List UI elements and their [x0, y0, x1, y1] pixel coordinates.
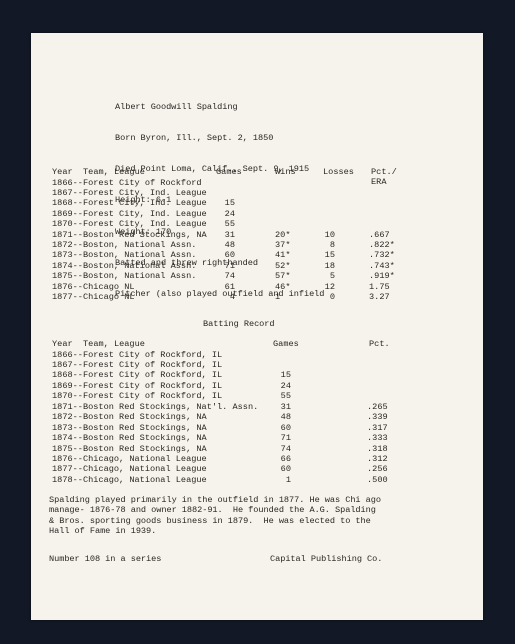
games: 55: [211, 219, 235, 229]
pct: .318: [367, 444, 388, 454]
pct: .500: [367, 475, 388, 485]
batting-row: 1871--Boston Red Stockings, Nat'l. Assn.…: [31, 402, 483, 412]
pct: .317: [367, 423, 388, 433]
team-season: 1870--Forest City of Rockford, IL: [52, 391, 222, 401]
pitching-row: 1867--Forest City, Ind. League: [31, 188, 483, 198]
wins: 20*: [275, 230, 290, 240]
pct-era: .919*: [369, 271, 395, 281]
pct: .339: [367, 412, 388, 422]
series-number: Number 108 in a series: [49, 554, 161, 564]
batting-row: 1866--Forest City of Rockford, IL: [31, 350, 483, 360]
team-season: 1867--Forest City, Ind. League: [52, 188, 207, 198]
games: 60: [267, 423, 291, 433]
player-name: Albert Goodwill Spalding: [115, 102, 324, 112]
losses: 12: [317, 282, 335, 292]
games: 15: [267, 370, 291, 380]
pitching-row: 1876--Chicago NL 61 46* 12 1.75: [31, 282, 483, 292]
pitching-row: 1874--Boston, National Assn. 71 52* 18 .…: [31, 261, 483, 271]
team-season: 1869--Forest City of Rockford, IL: [52, 381, 222, 391]
pitching-row: 1872--Boston, National Assn. 48 37* 8 .8…: [31, 240, 483, 250]
batting-header: Year Team, League Games Pct.: [31, 339, 483, 349]
team-season: 1871--Boston Red Stockings, Nat'l. Assn.: [52, 402, 258, 412]
batting-row: 1878--Chicago, National League 1 .500: [31, 475, 483, 485]
team-season: 1877--Chicago, National League: [52, 464, 207, 474]
team-season: 1874--Boston, National Assn.: [52, 261, 196, 271]
games: 31: [267, 402, 291, 412]
batting-title: Batting Record: [203, 319, 275, 329]
header-year: Year: [52, 167, 73, 177]
team-season: 1867--Forest City of Rockford, IL: [52, 360, 222, 370]
pct-era: 1.75: [369, 282, 390, 292]
notes-line: Spalding played primarily in the outfiel…: [49, 495, 469, 505]
batting-row: 1872--Boston Red Stockings, NA 48 .339: [31, 412, 483, 422]
games: 71: [267, 433, 291, 443]
games: 71: [211, 261, 235, 271]
wins: 41*: [275, 250, 290, 260]
wins: 37*: [275, 240, 290, 250]
games: 60: [267, 464, 291, 474]
games: 4: [211, 292, 235, 302]
team-season: 1875--Boston Red Stockings, NA: [52, 444, 207, 454]
batting-row: 1873--Boston Red Stockings, NA 60 .317: [31, 423, 483, 433]
wins: 57*: [275, 271, 290, 281]
losses: 15: [317, 250, 335, 260]
games: 24: [267, 381, 291, 391]
losses: 10: [317, 230, 335, 240]
team-season: 1871--Boston Red Stockings, NA: [52, 230, 207, 240]
pitching-row: 1869--Forest City, Ind. League 24: [31, 209, 483, 219]
pct-era: .667: [369, 230, 390, 240]
notes-line: manage- 1876-78 and owner 1882-91. He fo…: [49, 505, 469, 515]
team-season: 1868--Forest City, Ind. League: [52, 198, 207, 208]
games: 1: [267, 475, 291, 485]
header-losses: Losses: [323, 167, 354, 177]
batting-row: 1868--Forest City of Rockford, IL 15: [31, 370, 483, 380]
birth-info: Born Byron, Ill., Sept. 2, 1850: [115, 133, 324, 143]
losses: 8: [317, 240, 335, 250]
batting-row: 1867--Forest City of Rockford, IL: [31, 360, 483, 370]
team-season: 1873--Boston Red Stockings, NA: [52, 423, 207, 433]
batting-row: 1875--Boston Red Stockings, NA 74 .318: [31, 444, 483, 454]
games: 66: [267, 454, 291, 464]
team-season: 1873--Boston, National Assn.: [52, 250, 196, 260]
team-season: 1868--Forest City of Rockford, IL: [52, 370, 222, 380]
batting-row: 1877--Chicago, National League 60 .256: [31, 464, 483, 474]
games: 61: [211, 282, 235, 292]
notes-line: & Bros. sporting goods business in 1879.…: [49, 516, 469, 526]
games: 74: [267, 444, 291, 454]
games: 55: [267, 391, 291, 401]
team-season: 1875--Boston, National Assn.: [52, 271, 196, 281]
pct-era: 3.27: [369, 292, 390, 302]
notes-line: Hall of Fame in 1939.: [49, 526, 469, 536]
header-pct: Pct./: [371, 167, 397, 177]
team-season: 1872--Boston Red Stockings, NA: [52, 412, 207, 422]
pct: .312: [367, 454, 388, 464]
games: 74: [211, 271, 235, 281]
team-season: 1876--Chicago NL: [52, 282, 135, 292]
batting-row: 1870--Forest City of Rockford, IL 55: [31, 391, 483, 401]
losses: 18: [317, 261, 335, 271]
header-games: Games: [273, 339, 299, 349]
team-season: 1872--Boston, National Assn.: [52, 240, 196, 250]
losses: 0: [317, 292, 335, 302]
pitching-row: 1866--Forest City of Rockford: [31, 178, 483, 188]
batting-row: 1876--Chicago, National League 66 .312: [31, 454, 483, 464]
games: 48: [267, 412, 291, 422]
pitching-row: 1871--Boston Red Stockings, NA 31 20* 10…: [31, 230, 483, 240]
wins: 46*: [275, 282, 290, 292]
games: 48: [211, 240, 235, 250]
batting-row: 1874--Boston Red Stockings, NA 71 .333: [31, 433, 483, 443]
team-season: 1876--Chicago, National League: [52, 454, 207, 464]
team-season: 1877--Chicago NL: [52, 292, 135, 302]
header-wins: Wins: [275, 167, 296, 177]
header-pct: Pct.: [369, 339, 390, 349]
pct: .265: [367, 402, 388, 412]
pct-era: .822*: [369, 240, 395, 250]
pitching-row: 1873--Boston, National Assn. 60 41* 15 .…: [31, 250, 483, 260]
batting-row: 1869--Forest City of Rockford, IL 24: [31, 381, 483, 391]
header-team: Team, League: [83, 167, 145, 177]
team-season: 1866--Forest City of Rockford: [52, 178, 202, 188]
header-team: Team, League: [83, 339, 145, 349]
wins: 1: [275, 292, 280, 302]
team-season: 1866--Forest City of Rockford, IL: [52, 350, 222, 360]
pitching-row: 1877--Chicago NL 4 1 0 3.27: [31, 292, 483, 302]
team-season: 1874--Boston Red Stockings, NA: [52, 433, 207, 443]
wins: 52*: [275, 261, 290, 271]
pitching-header: Year Team, League Games Wins Losses Pct.…: [31, 167, 483, 177]
pitching-row: 1875--Boston, National Assn. 74 57* 5 .9…: [31, 271, 483, 281]
pitching-row: 1870--Forest City, Ind. League 55: [31, 219, 483, 229]
games: 31: [211, 230, 235, 240]
pct: .256: [367, 464, 388, 474]
pitching-row: 1868--Forest City, Ind. League 15: [31, 198, 483, 208]
publisher: Capital Publishing Co.: [270, 554, 382, 564]
games: 15: [211, 198, 235, 208]
losses: 5: [317, 271, 335, 281]
pct-era: .732*: [369, 250, 395, 260]
games: 60: [211, 250, 235, 260]
header-games: Games: [216, 167, 242, 177]
team-season: 1869--Forest City, Ind. League: [52, 209, 207, 219]
team-season: 1870--Forest City, Ind. League: [52, 219, 207, 229]
notes-paragraph: Spalding played primarily in the outfiel…: [49, 495, 469, 537]
pct-era: .743*: [369, 261, 395, 271]
pct: .333: [367, 433, 388, 443]
card-back: Albert Goodwill Spalding Born Byron, Ill…: [31, 33, 483, 620]
header-year: Year: [52, 339, 73, 349]
team-season: 1878--Chicago, National League: [52, 475, 207, 485]
games: 24: [211, 209, 235, 219]
